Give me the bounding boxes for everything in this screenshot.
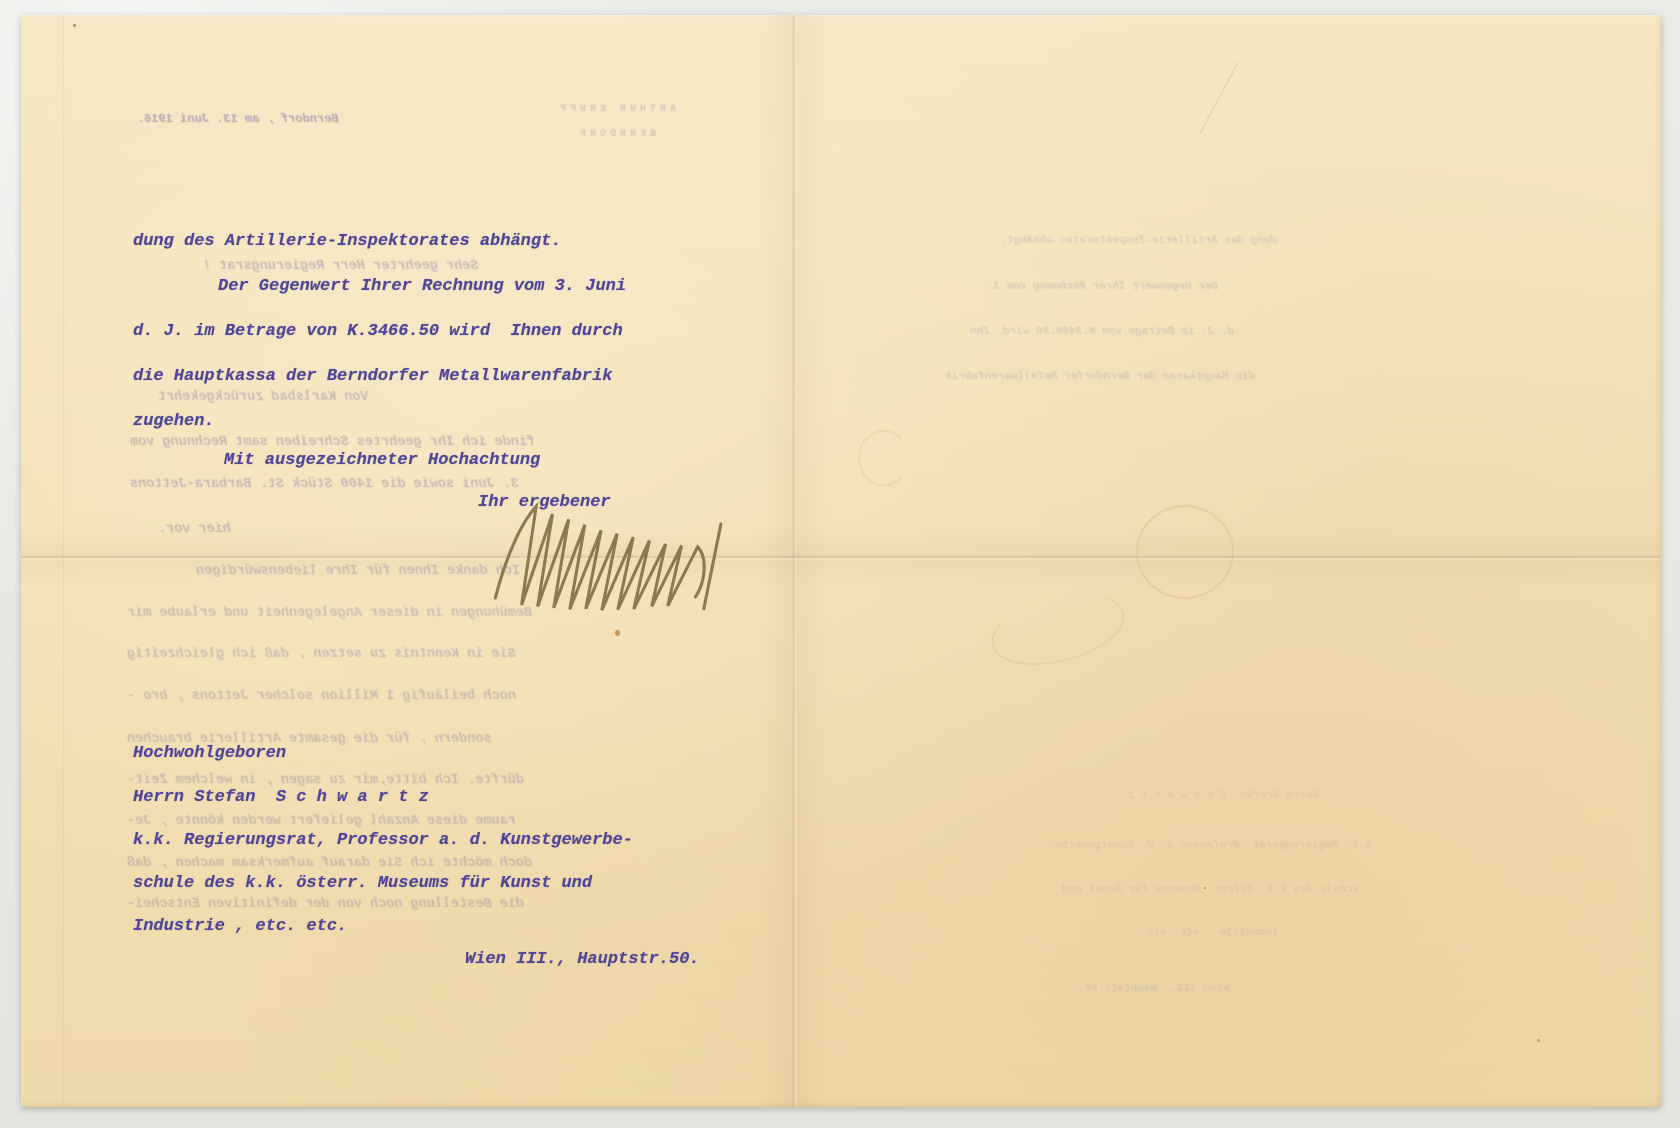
letter-scan: Berndorf , am 13. Juni 1916. ARTHUR KRUP… xyxy=(0,0,1680,1128)
bleedthrough-line: doch möchte ich Sie darauf aufmerksam ma… xyxy=(127,856,532,871)
paper-speck xyxy=(73,24,76,27)
signature-stroke xyxy=(492,500,724,616)
ink-speck xyxy=(615,630,620,636)
bleedthrough-line: finde ich Ihr geehrtes Schreiben samt Re… xyxy=(130,435,535,450)
bleedthrough-line: Bemühungen in dieser Angelegenheit und e… xyxy=(127,606,532,621)
bleedthrough-line: Ich danke Ihnen für Ihre liebenswürdigen xyxy=(196,564,520,579)
recipient-address-line: Wien III., Hauptstr.50. xyxy=(465,949,700,971)
bleedthrough-line: die Hauptkassa der Berndorfer Metallware… xyxy=(945,371,1255,383)
bleedthrough-line: schule des k.k. österr. Museums für Kuns… xyxy=(1062,884,1359,896)
bleedthrough-letterhead-line: BERNDORF xyxy=(576,129,656,140)
bleedthrough-line: Von Karlsbad zurückgekehrt xyxy=(158,390,369,405)
body-line: Der Gegenwert Ihrer Rechnung vom 3. Juni xyxy=(218,276,626,298)
recipient-line: Hochwohlgeboren xyxy=(133,743,286,765)
recipient-line: Herrn Stefan S c h w a r t z xyxy=(133,787,429,809)
recipient-line: Industrie , etc. etc. xyxy=(133,916,347,938)
bleedthrough-line: raume diese Anzahl geliefert werden könn… xyxy=(127,814,516,829)
bleedthrough-line: Industrie , etc. etc. xyxy=(1140,927,1279,939)
body-line: dung des Artillerie-Inspektorates abhäng… xyxy=(133,231,561,253)
recipient-line: k.k. Regierungsrat, Professor a. d. Kuns… xyxy=(133,830,633,852)
bleedthrough-line: k.k. Regierungsrat, Professor a. d. Kuns… xyxy=(1048,840,1371,852)
bleedthrough-line: hier vor. xyxy=(158,522,231,537)
horizontal-fold-crease xyxy=(21,555,1661,560)
bleedthrough-line: Sehr geehrter Herr Regierungsrat ! xyxy=(203,259,478,274)
signature xyxy=(484,492,788,622)
closing-line: Mit ausgezeichneter Hochachtung xyxy=(224,450,540,472)
bleedthrough-line: Wien III., Hauptstr.50. xyxy=(1078,983,1230,995)
bleedthrough-date: Berndorf , am 13. Juni 1916. xyxy=(137,112,339,126)
bleedthrough-line: noch beiläufig 1 Million solcher Jettons… xyxy=(127,689,516,704)
bleedthrough-line: 3. Juni sowie die 1400 Stück St. Barbara… xyxy=(130,477,519,492)
body-line: zugehen. xyxy=(133,411,215,433)
left-edge-crease xyxy=(62,15,65,1107)
bleedthrough-letterhead-line: ARTHUR KRUPP xyxy=(556,104,676,115)
bleedthrough-line: Herrn Stefan S c h w a r t z xyxy=(1128,790,1319,802)
bleedthrough-line: die Bestellung noch von der definitiven … xyxy=(127,897,524,912)
bleedthrough-line: dung des Artillerie-Inspektorates abhäng… xyxy=(1000,235,1277,247)
body-line: die Hauptkassa der Berndorfer Metallware… xyxy=(133,366,612,388)
recipient-line: schule des k.k. österr. Museums für Kuns… xyxy=(133,873,592,895)
bleedthrough-line: Der Gegenwert Ihrer Rechnung vom 3. xyxy=(987,281,1218,293)
body-line: d. J. im Betrage von K.3466.50 wird Ihne… xyxy=(133,321,623,343)
bleedthrough-line: d. J. im Betrage von K.3466.50 wird Ihn xyxy=(970,326,1234,338)
paper-speck xyxy=(1537,1039,1540,1042)
bleedthrough-line: Sie in Kenntnis zu setzen , daß ich glei… xyxy=(127,647,516,662)
bleedthrough-line: dürfte. Ich bitte,mir zu sagen , in welc… xyxy=(127,773,524,788)
